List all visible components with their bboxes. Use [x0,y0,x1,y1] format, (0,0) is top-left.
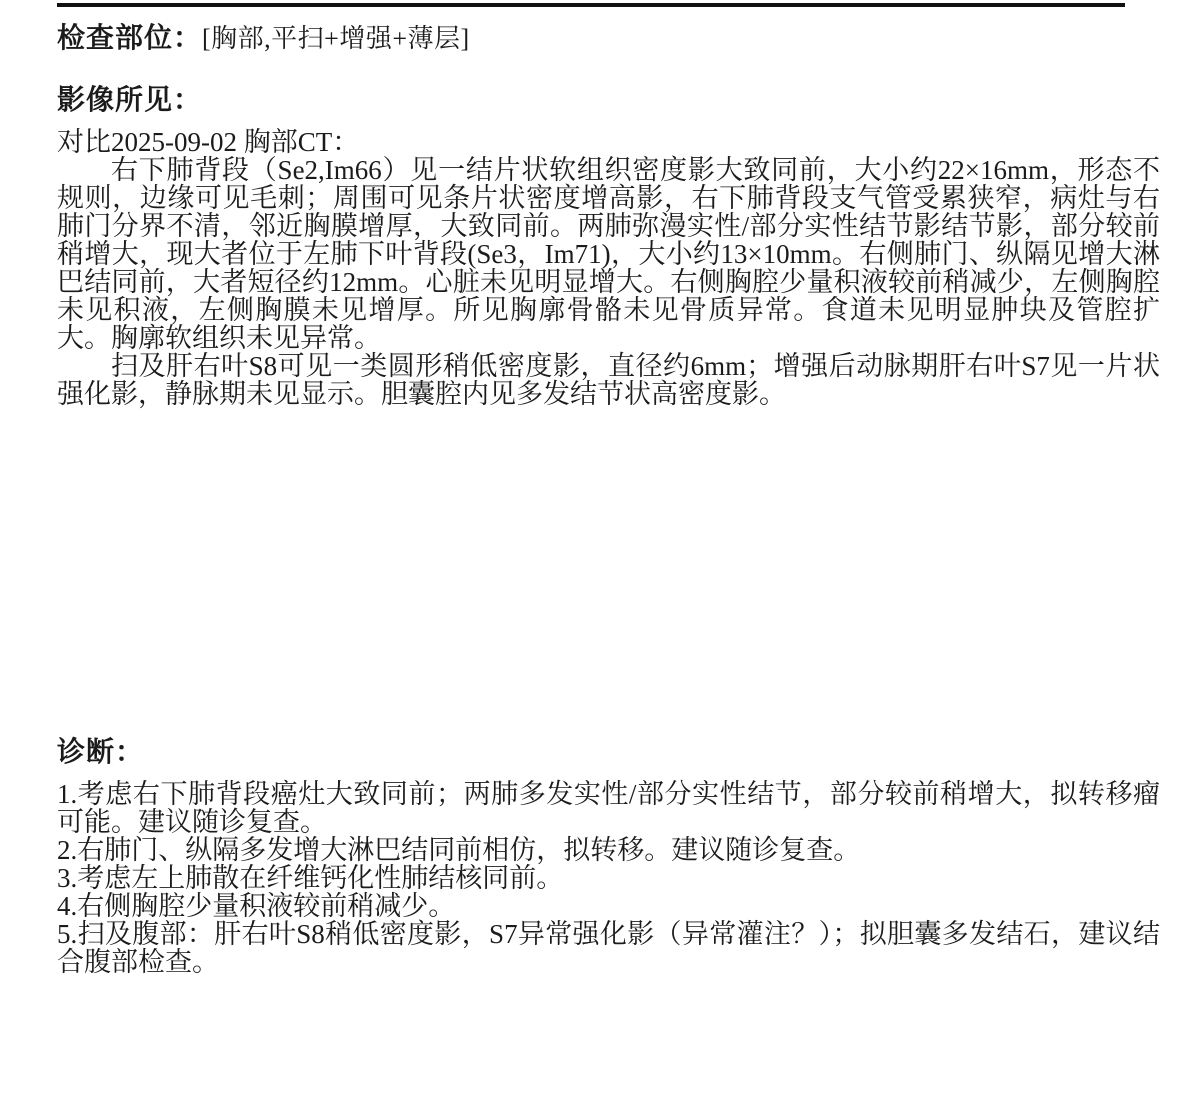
findings-paragraph-abdomen: 扫及肝右叶S8可见一类圆形稍低密度影，直径约6mm；增强后动脉期肝右叶S7见一片… [57,352,1160,408]
exam-site-label: 检查部位： [57,23,202,54]
exam-site-value: [胸部,平扫+增强+薄层] [202,24,470,53]
report-page: 检查部位：[胸部,平扫+增强+薄层] 影像所见： 对比2025-09-02 胸部… [0,0,1179,1111]
exam-site-row: 检查部位：[胸部,平扫+增强+薄层] [57,16,1160,56]
diagnosis-item-5: 5.扫及腹部：肝右叶S8稍低密度影，S7异常强化影（异常灌注？）；拟胆囊多发结石… [57,920,1160,976]
diagnosis-section: 诊断： 1.考虑右下肺背段癌灶大致同前；两肺多发实性/部分实性结节，部分较前稍增… [57,739,1160,976]
top-rule [57,3,1125,7]
diagnosis-item-2: 2.右肺门、纵隔多发增大淋巴结同前相仿，拟转移。建议随诊复查。 [57,836,1160,864]
report-content: 检查部位：[胸部,平扫+增强+薄层] 影像所见： 对比2025-09-02 胸部… [57,3,1160,976]
diagnosis-heading: 诊断： [57,739,1160,767]
diagnosis-item-3: 3.考虑左上肺散在纤维钙化性肺结核同前。 [57,864,1160,892]
diagnosis-item-1: 1.考虑右下肺背段癌灶大致同前；两肺多发实性/部分实性结节，部分较前稍增大，拟转… [57,780,1160,836]
diagnosis-list: 1.考虑右下肺背段癌灶大致同前；两肺多发实性/部分实性结节，部分较前稍增大，拟转… [57,780,1160,976]
diagnosis-item-4: 4.右侧胸腔少量积液较前稍减少。 [57,892,1160,920]
findings-paragraph-chest: 右下肺背段（Se2,Im66）见一结片状软组织密度影大致同前，大小约22×16m… [57,156,1160,352]
findings-heading: 影像所见： [57,87,1160,115]
findings-body: 对比2025-09-02 胸部CT： 右下肺背段（Se2,Im66）见一结片状软… [57,128,1160,408]
findings-paragraph-comparison: 对比2025-09-02 胸部CT： [57,128,1160,156]
